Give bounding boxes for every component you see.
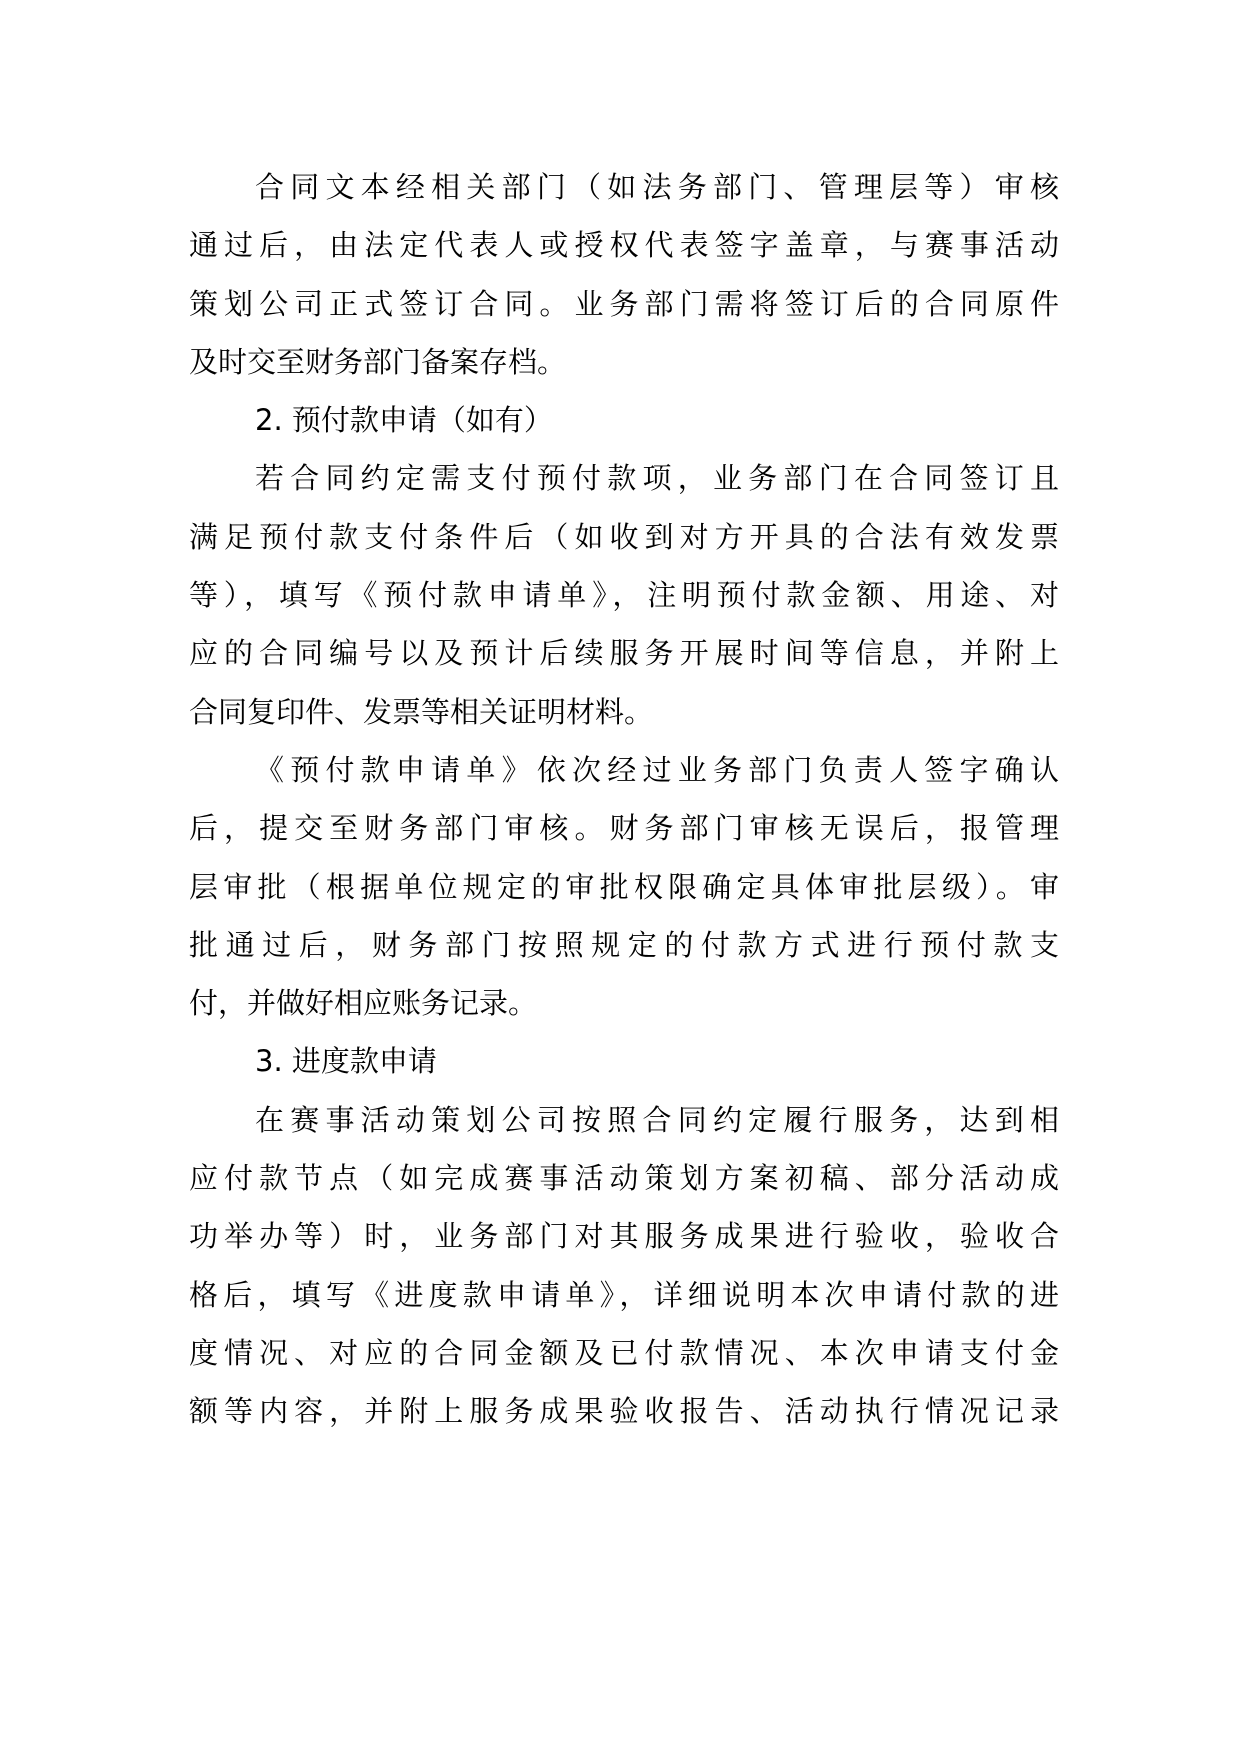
text-line: 应付款节点（如完成赛事活动策划方案初稿、部分活动成 xyxy=(189,1149,1059,1207)
text-line: 额等内容，并附上服务成果验收报告、活动执行情况记录 xyxy=(189,1382,1059,1440)
text-line: 通过后，由法定代表人或授权代表签字盖章，与赛事活动 xyxy=(189,216,1059,274)
text-line: 满足预付款支付条件后（如收到对方开具的合法有效发票 xyxy=(189,508,1059,566)
text-line: 后，提交至财务部门审核。财务部门审核无误后，报管理 xyxy=(189,799,1059,857)
text-line: 合同文本经相关部门（如法务部门、管理层等）审核 xyxy=(189,158,1059,216)
paragraph-prepayment-application: 若合同约定需支付预付款项，业务部门在合同签订且 满足预付款支付条件后（如收到对方… xyxy=(189,449,1059,740)
text-line: 功举办等）时，业务部门对其服务成果进行验收，验收合 xyxy=(189,1207,1059,1265)
text-line: 层审批（根据单位规定的审批权限确定具体审批层级）。审 xyxy=(189,858,1059,916)
text-line: 付，并做好相应账务记录。 xyxy=(189,974,1059,1032)
heading-text: 2. 预付款申请（如有） xyxy=(189,391,1059,449)
paragraph-prepayment-approval: 《预付款申请单》依次经过业务部门负责人签字确认 后，提交至财务部门审核。财务部门… xyxy=(189,741,1059,1032)
text-line: 及时交至财务部门备案存档。 xyxy=(189,333,1059,391)
paragraph-contract-signing: 合同文本经相关部门（如法务部门、管理层等）审核 通过后，由法定代表人或授权代表签… xyxy=(189,158,1059,391)
text-line: 应的合同编号以及预计后续服务开展时间等信息，并附上 xyxy=(189,624,1059,682)
document-body: 合同文本经相关部门（如法务部门、管理层等）审核 通过后，由法定代表人或授权代表签… xyxy=(189,158,1059,1441)
text-line: 在赛事活动策划公司按照合同约定履行服务，达到相 xyxy=(189,1091,1059,1149)
section-heading-prepayment: 2. 预付款申请（如有） xyxy=(189,391,1059,449)
document-page: 合同文本经相关部门（如法务部门、管理层等）审核 通过后，由法定代表人或授权代表签… xyxy=(0,0,1240,1753)
paragraph-progress-payment: 在赛事活动策划公司按照合同约定履行服务，达到相 应付款节点（如完成赛事活动策划方… xyxy=(189,1091,1059,1441)
text-line: 度情况、对应的合同金额及已付款情况、本次申请支付金 xyxy=(189,1324,1059,1382)
heading-text: 3. 进度款申请 xyxy=(189,1032,1059,1090)
text-line: 策划公司正式签订合同。业务部门需将签订后的合同原件 xyxy=(189,275,1059,333)
text-line: 等），填写《预付款申请单》，注明预付款金额、用途、对 xyxy=(189,566,1059,624)
text-line: 格后，填写《进度款申请单》，详细说明本次申请付款的进 xyxy=(189,1266,1059,1324)
text-line: 《预付款申请单》依次经过业务部门负责人签字确认 xyxy=(189,741,1059,799)
section-heading-progress-payment: 3. 进度款申请 xyxy=(189,1032,1059,1090)
text-line: 若合同约定需支付预付款项，业务部门在合同签订且 xyxy=(189,449,1059,507)
text-line: 合同复印件、发票等相关证明材料。 xyxy=(189,683,1059,741)
text-line: 批通过后，财务部门按照规定的付款方式进行预付款支 xyxy=(189,916,1059,974)
